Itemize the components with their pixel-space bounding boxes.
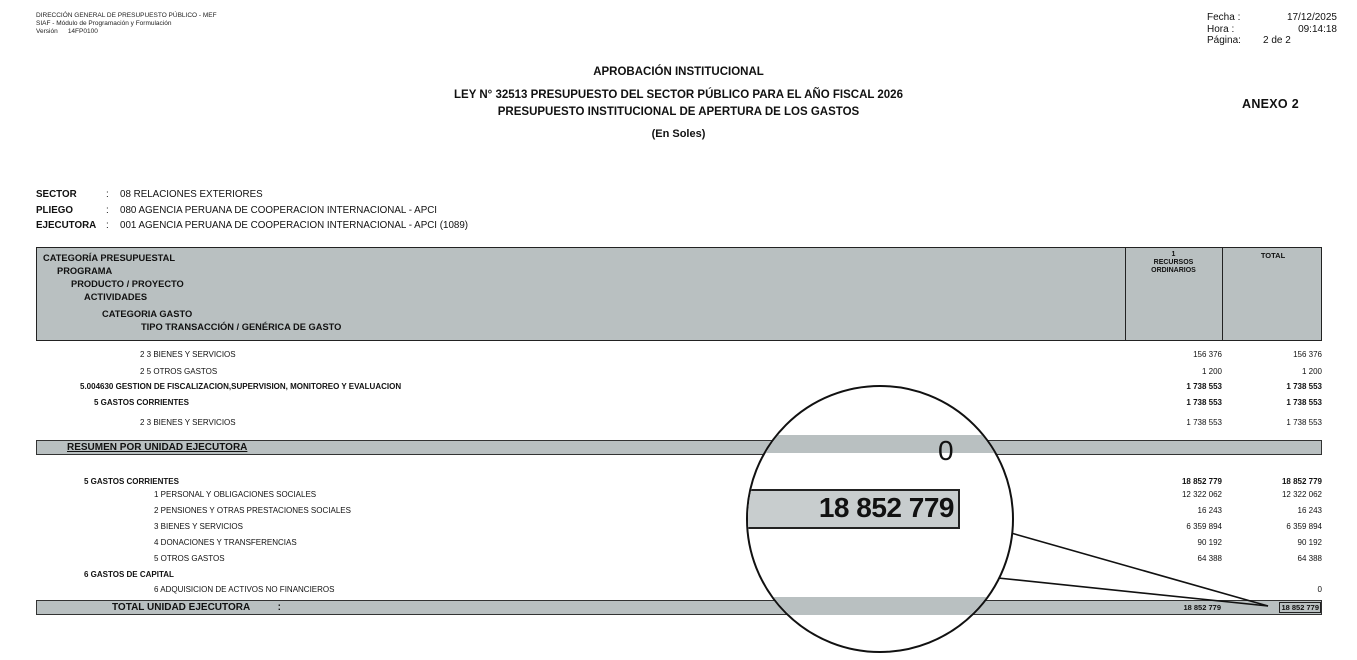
magnifier-callout: 0 18 852 779 bbox=[746, 385, 1014, 653]
magnified-total-value: 18 852 779 bbox=[819, 492, 954, 524]
magnified-band bbox=[748, 597, 1012, 615]
magnified-band bbox=[748, 435, 1012, 453]
magnified-zero: 0 bbox=[938, 435, 954, 467]
callout-lines bbox=[0, 0, 1357, 660]
magnified-total-box: 18 852 779 bbox=[746, 489, 960, 529]
